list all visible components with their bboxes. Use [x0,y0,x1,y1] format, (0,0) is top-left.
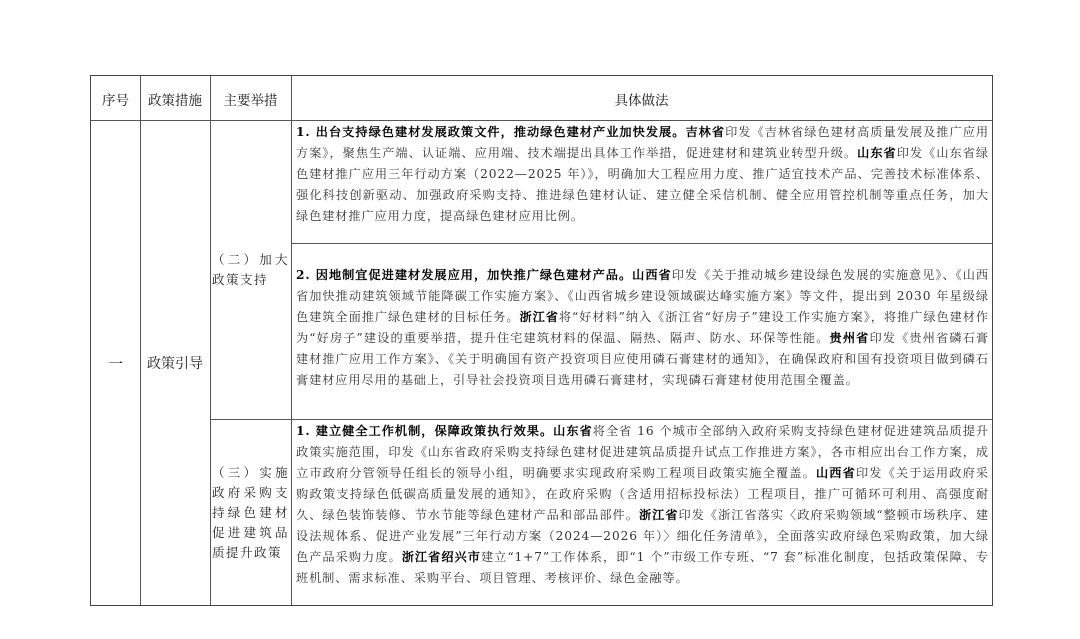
measure-label: （三）实施政府采购支持绿色建材促进建筑品质提升政策 [210,463,291,563]
policy-table: 序号 政策措施 主要举措 具体做法 一 政策引导 （二）加大政策支持 （三）实施… [90,75,993,606]
emphasis-text: 浙江省 [639,508,679,522]
emphasis-text: 山东省 [857,146,897,160]
header-detail: 具体做法 [291,76,992,121]
detail-text: 2. 因地制宜促进建材发展应用，加快推广绿色建材产品。山西省印发《关于推动城乡建… [293,265,992,391]
detail-text: 1. 出台支持绿色建材发展政策文件，推动绿色建材产业加快发展。吉林省印发《吉林省… [293,122,992,227]
emphasis-text: 浙江省 [519,310,558,324]
emphasis-text: 1. 建立健全工作机制，保障政策执行效果。 [296,424,553,438]
emphasis-text: 山西省 [632,268,672,282]
emphasis-text: 山东省 [553,424,593,438]
measure-label: （二）加大政策支持 [210,250,291,290]
emphasis-text: 山西省 [816,466,856,480]
measure-cell: （二）加大政策支持 [210,121,291,419]
row-divider [291,243,992,244]
header-measure: 主要举措 [210,76,291,121]
row-policy: 政策引导 [140,121,210,605]
detail-text: 1. 建立健全工作机制，保障政策执行效果。山东省将全省 16 个城市全部纳入政府… [293,421,992,589]
emphasis-text: 吉林省 [685,125,725,139]
emphasis-text: 浙江省绍兴市 [402,550,481,564]
row-divider [210,419,992,420]
emphasis-text: 1. 出台支持绿色建材发展政策文件，推动绿色建材产业加快发展。 [296,125,685,139]
emphasis-text: 2. 因地制宜促进建材发展应用，加快推广绿色建材产品。 [296,268,632,282]
row-seq: 一 [91,121,140,605]
emphasis-text: 贵州省 [830,331,870,345]
column-divider [291,76,292,605]
measure-cell: （三）实施政府采购支持绿色建材促进建筑品质提升政策 [210,420,291,605]
header-policy: 政策措施 [140,76,210,121]
header-seq: 序号 [91,76,140,121]
